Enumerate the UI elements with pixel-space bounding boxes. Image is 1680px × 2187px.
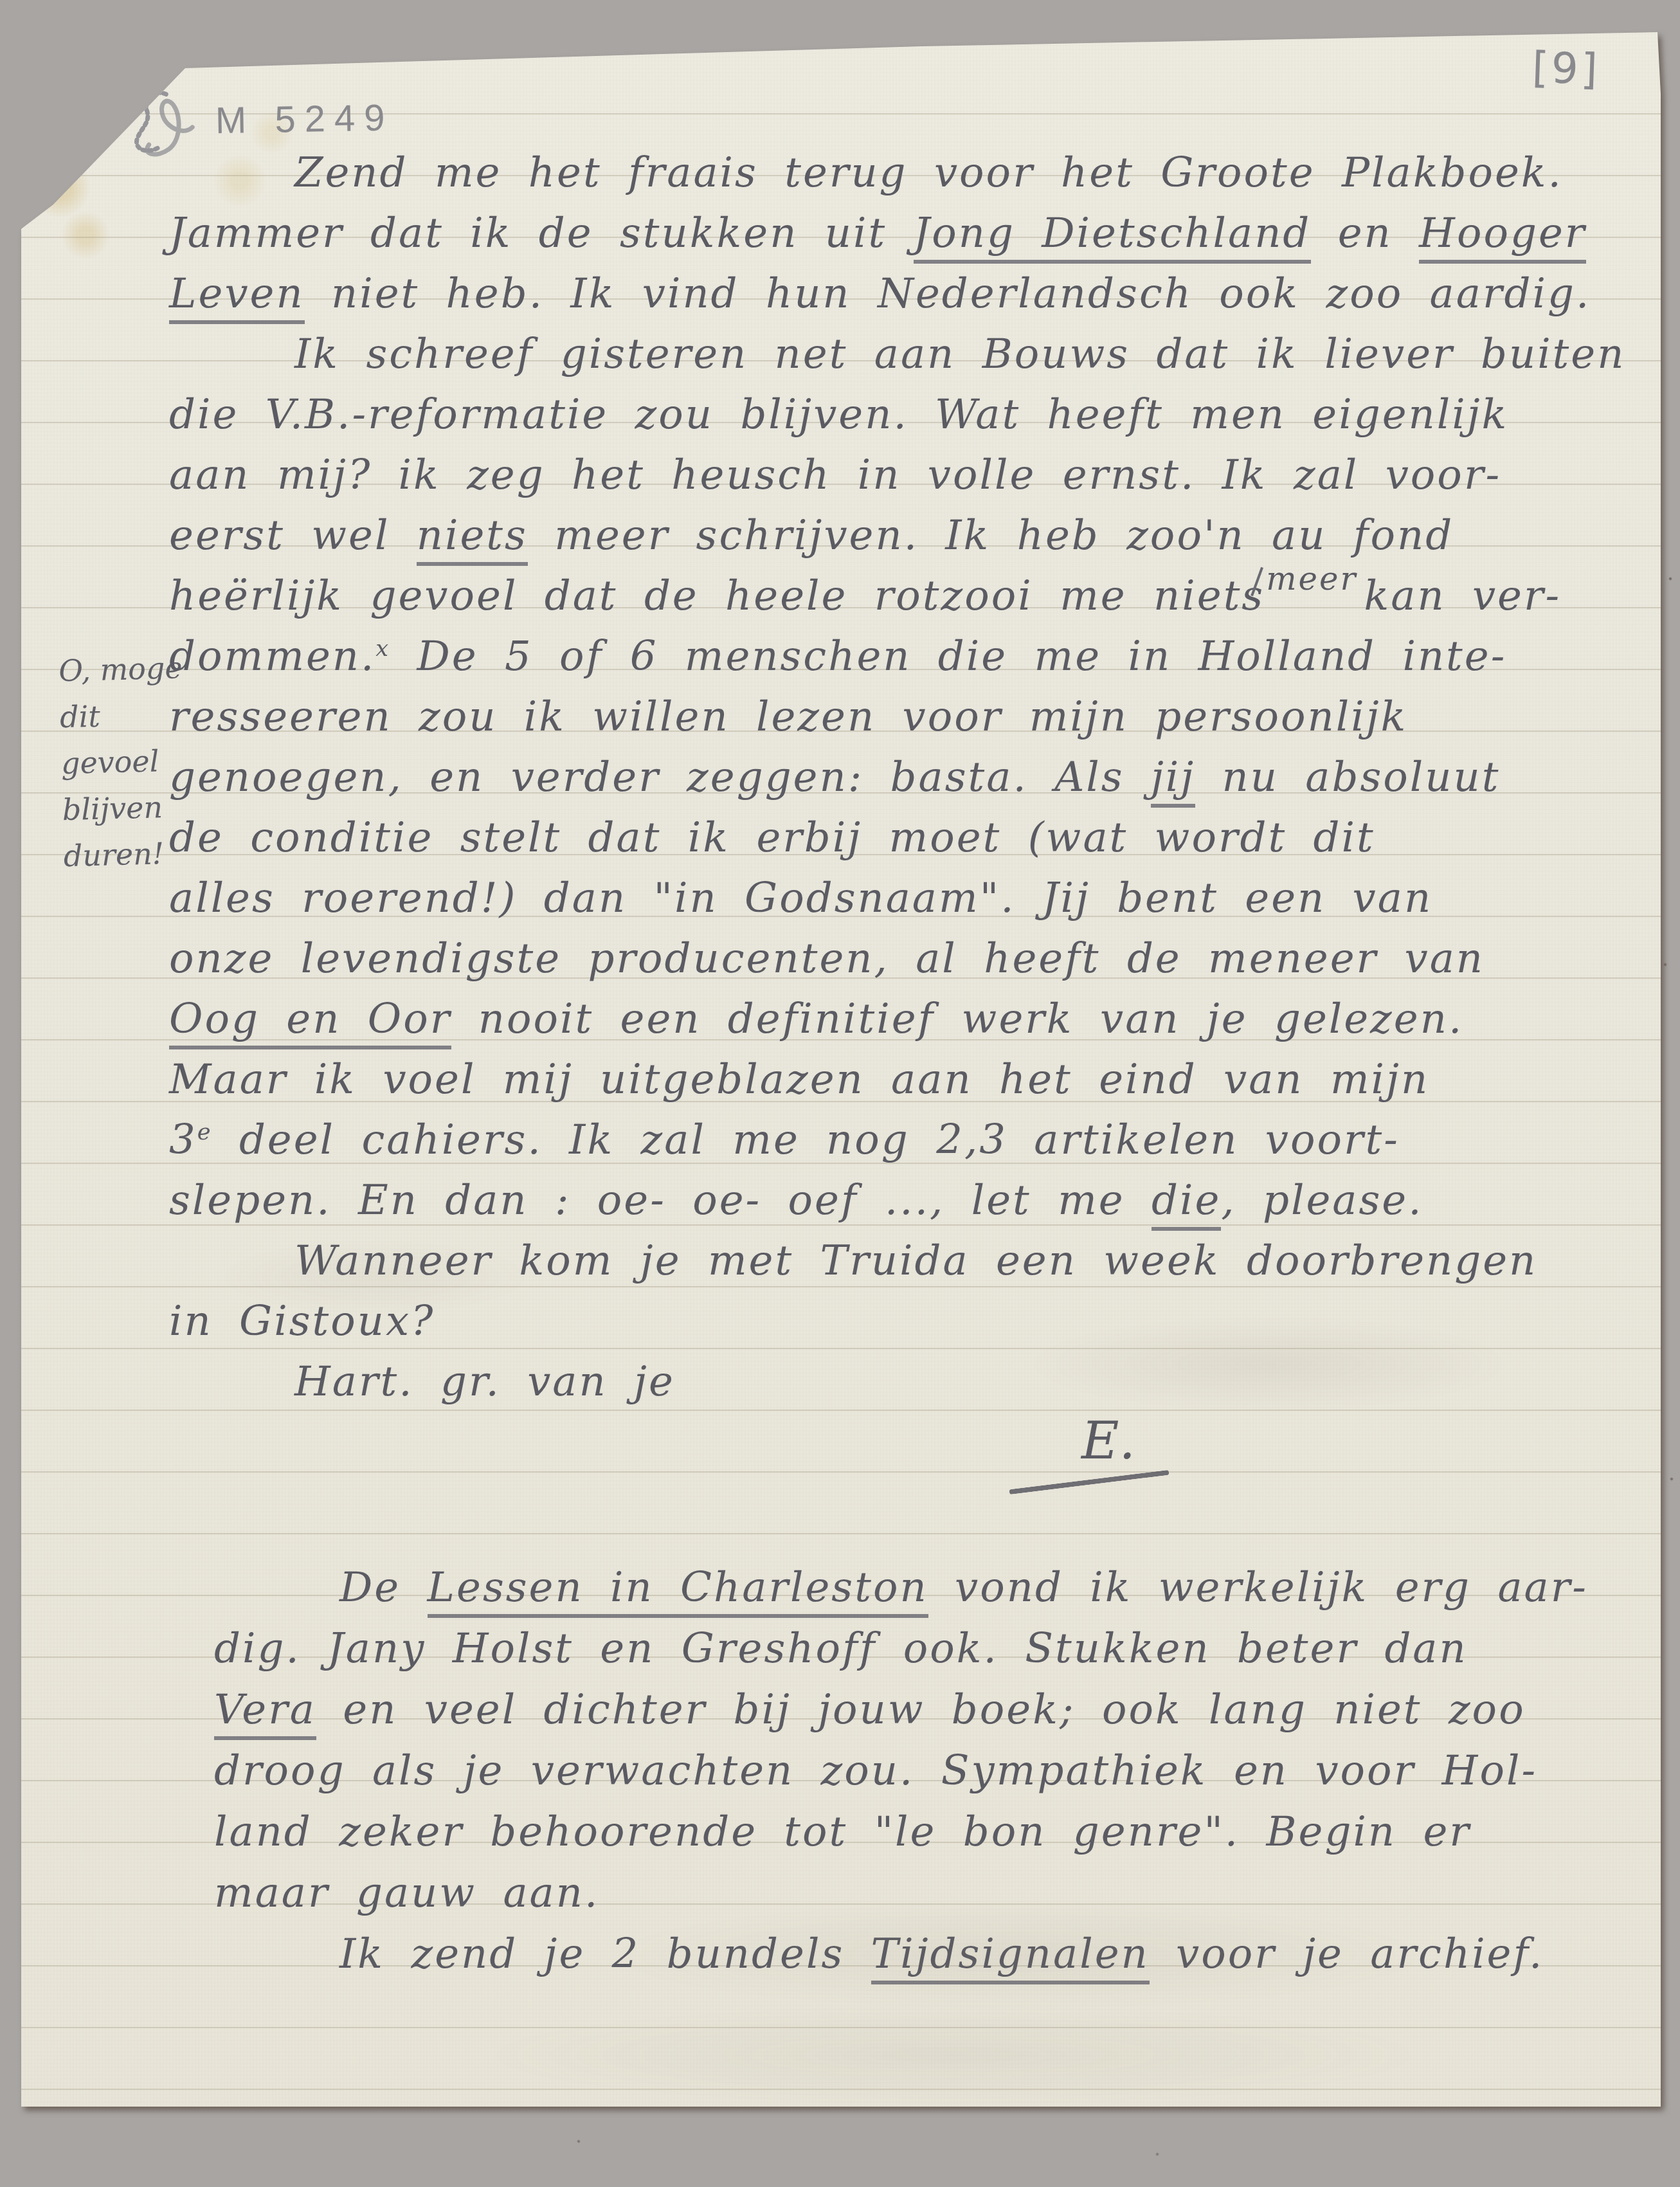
underlined-text: Hooger (1419, 210, 1586, 264)
postscript-line: droog als je verwachten zou. Sympathiek … (214, 1741, 1629, 1802)
text-segment: alles roerend!) dan "in Godsnaam". Jij b… (169, 875, 1432, 922)
underlined-text: die (1152, 1177, 1221, 1231)
ink-bleed-through (600, 1901, 1436, 2010)
underlined-text: Vera (214, 1686, 316, 1740)
underlined-text: niets (417, 512, 528, 566)
letter-line: onze levendigste producenten, al heeft d… (169, 929, 1622, 989)
letter-line: Maar ik voel mij uitgeblazen aan het ein… (169, 1049, 1622, 1110)
inserted-word: meer (1266, 549, 1357, 609)
letter-line: slepen. En dan : oe- oe- oef ..., let me… (169, 1170, 1622, 1231)
underlined-text: Leven (169, 270, 305, 324)
underlined-text: Jong Dietschland (914, 210, 1312, 264)
letter-line: 3e deel cahiers. Ik zal me nog 2,3 artik… (169, 1110, 1622, 1170)
text-segment: Zend me het fraais terug voor het Groote… (294, 149, 1563, 197)
text-segment: e (197, 1119, 213, 1145)
text-segment: 3 (169, 1116, 197, 1164)
letter-line: heërlijk gevoel dat de heele rotzooi me … (169, 566, 1622, 626)
postscript-line: land zeker behoorende tot "le bon genre"… (214, 1802, 1629, 1863)
letter-line: Jammer dat ik de stukken uit Jong Dietsc… (169, 203, 1622, 264)
letter-line: Zend me het fraais terug voor het Groote… (169, 143, 1622, 203)
text-segment: De (339, 1564, 428, 1611)
text-segment: kan ver- (1364, 572, 1561, 620)
text-segment: de conditie stelt dat ik erbij moet (wat… (169, 814, 1375, 862)
text-segment: genoegen, en verder zeggen: basta. Als (169, 754, 1151, 801)
text-segment: deel cahiers. Ik zal me nog 2,3 artikele… (213, 1116, 1400, 1164)
letter-line: aan mij? ik zeg het heusch in volle erns… (169, 445, 1622, 505)
text-segment: Ik schreef gisteren net aan Bouws dat ik… (294, 331, 1625, 378)
text-segment: dig. Jany Holst en Greshoff ook. Stukken… (214, 1625, 1468, 1673)
text-segment: heërlijk gevoel dat de heele rotzooi me … (169, 572, 1265, 620)
letter-page-wrap: M 5249 [9] O, mogeditgevoelblijvenduren!… (21, 17, 1661, 2107)
page-number-annotation: [9] (1531, 42, 1601, 95)
stamp-code: M 5249 (215, 96, 394, 142)
text-segment: resseeren zou ik willen lezen voor mijn … (169, 693, 1407, 741)
letter-line: Leven niet heb. Ik vind hun Nederlandsch… (169, 264, 1622, 324)
text-segment: Hart. gr. van je (294, 1358, 675, 1406)
text-segment: , please. (1221, 1177, 1423, 1224)
letter-line: genoegen, en verder zeggen: basta. Als j… (169, 747, 1622, 808)
letter-line: resseeren zou ik willen lezen voor mijn … (169, 687, 1622, 747)
ink-bleed-through (1024, 1316, 1513, 1412)
text-segment: slepen. En dan : oe- oe- oef ..., let me (169, 1177, 1152, 1224)
letter-line: dommen.x De 5 of 6 menschen die me in Ho… (169, 626, 1622, 687)
signature-initial: E. (1081, 1411, 1135, 1471)
underlined-text: Lessen in Charleston (428, 1564, 928, 1618)
text-segment: dommen. (169, 633, 375, 680)
text-segment: De 5 of 6 menschen die me in Holland int… (390, 633, 1506, 680)
text-segment: eerst wel (169, 512, 417, 559)
text-segment: en veel dichter bij jouw boek; ook lang … (316, 1686, 1526, 1734)
text-segment: nooit een definitief werk van je gelezen… (451, 995, 1463, 1043)
letter-line: de conditie stelt dat ik erbij moet (wat… (169, 808, 1622, 868)
ink-bleed-through (471, 2004, 1436, 2107)
text-segment: onze levendigste producenten, al heeft d… (169, 935, 1485, 983)
postscript-line: dig. Jany Holst en Greshoff ook. Stukken… (214, 1619, 1629, 1680)
text-segment: land zeker behoorende tot "le bon genre"… (214, 1808, 1471, 1856)
letter-line: Ik schreef gisteren net aan Bouws dat ik… (169, 324, 1622, 385)
underlined-text: Oog en Oor (169, 995, 451, 1049)
text-segment: droog als je verwachten zou. Sympathiek … (214, 1747, 1537, 1795)
text-segment: die V.B.-reformatie zou blijven. Wat hee… (169, 391, 1508, 439)
postscript-line: De Lessen in Charleston vond ik werkelij… (214, 1557, 1629, 1619)
letter-line: eerst wel niets meer schrijven. Ik heb z… (169, 505, 1622, 566)
text-segment: maar gauw aan. (214, 1869, 599, 1917)
letter-body: Zend me het fraais terug voor het Groote… (169, 143, 1622, 1412)
signature: E. (1047, 1411, 1170, 1485)
text-segment: niet heb. Ik vind hun Nederlandsch ook z… (305, 270, 1591, 318)
letter-line: die V.B.-reformatie zou blijven. Wat hee… (169, 385, 1622, 445)
text-segment: Maar ik voel mij uitgeblazen aan het ein… (169, 1056, 1429, 1103)
text-segment: nu absoluut (1195, 754, 1500, 801)
text-segment: aan mij? ik zeg het heusch in volle erns… (169, 451, 1501, 499)
postscript-line: Vera en veel dichter bij jouw boek; ook … (214, 1680, 1629, 1741)
ink-bleed-through (214, 1239, 536, 1316)
underlined-text: jij (1151, 754, 1195, 808)
text-segment: en (1311, 210, 1419, 257)
text-segment: Jammer dat ik de stukken uit (169, 210, 914, 257)
letter-line: Oog en Oor nooit een definitief werk van… (169, 989, 1622, 1049)
letter-page: M 5249 [9] O, mogeditgevoelblijvenduren!… (21, 17, 1661, 2107)
text-segment: x (375, 635, 390, 662)
letter-line: alles roerend!) dan "in Godsnaam". Jij b… (169, 868, 1622, 929)
text-segment: vond ik werkelijk erg aar- (928, 1564, 1588, 1611)
